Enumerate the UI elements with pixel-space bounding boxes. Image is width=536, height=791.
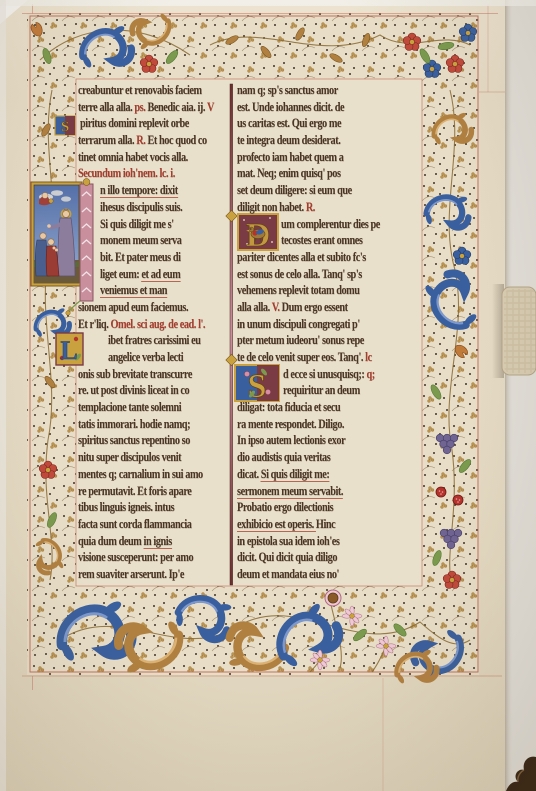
body-text: liget eum: xyxy=(100,267,141,281)
text-column-right: nam q; sp's sanctus amorest. Unde iohann… xyxy=(237,82,423,583)
text-line: alla alla. V. Dum ergo essent xyxy=(237,299,393,316)
body-text: deum et mandata eius no' xyxy=(237,567,339,581)
body-text: requiritur an deum xyxy=(283,383,360,397)
body-text: re. ut post divinis liceat in co xyxy=(78,383,189,397)
body-text: us caritas est. Qui ergo me xyxy=(237,116,341,130)
body-text: vehemens replevit totam domu xyxy=(237,283,360,297)
text-line: angelice verba lecti xyxy=(108,349,205,366)
body-text: Benedic aia. ij. xyxy=(147,100,207,114)
text-line: nitu super discipulos venit xyxy=(78,449,201,466)
text-line: Probatio ergo dilectionis xyxy=(237,499,393,516)
text-line: rem suaviter arserunt. Ip'e xyxy=(78,566,201,583)
body-text: Et r'liq. xyxy=(78,317,110,331)
miniature-christ-teaching-disciples xyxy=(31,182,82,286)
body-text: angelice verba lecti xyxy=(108,350,183,364)
bookmark-tab xyxy=(502,287,536,375)
body-text: tinet omnia habet vocis alla. xyxy=(78,150,188,164)
text-line: te de celo venit super eos. Tanq'. lc xyxy=(237,349,393,366)
svg-text:S: S xyxy=(61,119,69,135)
text-line: exhibicio est operis. Hinc xyxy=(237,516,393,533)
body-text: dio audistis quia veritas xyxy=(237,450,330,464)
rubric-text: V. xyxy=(272,300,282,314)
body-text: visione susceperunt: per amo xyxy=(78,550,193,564)
body-text: mat. Neq; enim quisq' pos xyxy=(237,166,341,180)
text-line: spiritus sanctus repentino so xyxy=(78,432,201,449)
text-line: Secundum ioh'nem. lc. i. xyxy=(78,165,201,182)
text-line: ibet fratres carissimi eu xyxy=(108,332,205,349)
body-text: Si quis diligit me s' xyxy=(100,217,174,231)
rubric-text: lc xyxy=(365,350,372,364)
text-line: dio audistis quia veritas xyxy=(237,449,393,466)
body-text: In ipso autem lectionis exor xyxy=(237,433,345,447)
text-line: templacione tante solemni xyxy=(78,399,201,416)
body-text: d ecce si unusquisq;: xyxy=(283,367,366,381)
text-line: vehemens replevit totam domu xyxy=(237,282,393,299)
text-line: re permutavit. Et foris apare xyxy=(78,483,201,500)
text-line: facta sunt corda flammancia xyxy=(78,516,201,533)
text-line: profecto iam habet quem a xyxy=(237,149,393,166)
text-line: quia dum deum in ignis xyxy=(78,533,201,550)
text-line: re. ut post divinis liceat in co xyxy=(78,382,201,399)
body-text: est. Unde iohannes dicit. de xyxy=(237,100,344,114)
text-line: visione susceperunt: per amo xyxy=(78,549,201,566)
body-text: pter metum iudeoru' sonus repe xyxy=(237,333,364,347)
body-text: sermonem meum servabit. xyxy=(237,484,343,499)
body-text: Et hoc quod co xyxy=(147,133,206,147)
body-text: creabuntur et renovabis faciem xyxy=(78,83,202,97)
body-text: in ignis xyxy=(144,534,172,549)
text-line: monem meum serva xyxy=(100,232,204,249)
body-text: ibet fratres carissimi eu xyxy=(108,333,201,347)
body-text: templacione tante solemni xyxy=(78,400,181,414)
text-line: liget eum: et ad eum xyxy=(100,266,204,283)
text-line: Et r'liq. Omel. sci aug. de ead. l'. xyxy=(78,316,201,333)
body-text: te de celo venit super eos. Tanq'. xyxy=(237,350,365,364)
rubric-text: R. xyxy=(306,200,315,214)
text-line: diligit non habet. R. xyxy=(237,199,393,216)
text-line: mat. Neq; enim quisq' pos xyxy=(237,165,393,182)
body-text: tatis immorari. hodie namq; xyxy=(78,417,190,431)
text-line: tibus linguis igneis. intus xyxy=(78,499,201,516)
text-line: Si quis diligit me s' xyxy=(100,216,204,233)
text-line: onis sub brevitate transcurre xyxy=(78,366,201,383)
text-line: tatis immorari. hodie namq; xyxy=(78,416,201,433)
body-text: facta sunt corda flammancia xyxy=(78,517,191,531)
initial-s-spiritus: S xyxy=(55,116,75,135)
body-text: set deum diligere: si eum que xyxy=(237,183,352,197)
body-text: onis sub brevitate transcurre xyxy=(78,367,192,381)
text-line: bit. Et pater meus di xyxy=(100,249,204,266)
body-text: diligit non habet. xyxy=(237,200,306,214)
rubric-text: V xyxy=(207,100,214,114)
text-line: requiritur an deum xyxy=(283,382,401,399)
body-text: profecto iam habet quem a xyxy=(237,150,343,164)
body-text: Probatio ergo dilectionis xyxy=(237,500,333,514)
body-text: re permutavit. Et foris apare xyxy=(78,484,191,498)
body-text: spiritus sanctus repentino so xyxy=(78,433,190,447)
text-line: nam q; sp's sanctus amor xyxy=(237,82,393,99)
body-text: et ad eum xyxy=(141,267,180,282)
svg-text:L: L xyxy=(60,336,77,365)
body-text: um complerentur dies pe xyxy=(281,217,380,231)
text-line: ihesus discipulis suis. xyxy=(100,199,204,216)
text-line: dicit. Qui dicit quia diligo xyxy=(237,549,393,566)
body-text: bit. Et pater meus di xyxy=(100,250,181,264)
text-line: in unum discipuli congregati p' xyxy=(237,316,393,333)
text-column-left: creabuntur et renovabis faciemterre alla… xyxy=(78,82,224,583)
body-text: terrarum alla. xyxy=(78,133,136,147)
body-text: pariter dicentes alla et subito fc's xyxy=(237,250,366,264)
text-line: est sonus de celo alla. Tanq' sp's xyxy=(237,266,393,283)
body-text: est sonus de celo alla. Tanq' sp's xyxy=(237,267,362,281)
text-line: in epistola sua idem ioh'es xyxy=(237,533,393,550)
body-text: piritus domini replevit orbe xyxy=(80,116,189,130)
body-text: in epistola sua idem ioh'es xyxy=(237,534,339,548)
text-line: deum et mandata eius no' xyxy=(237,566,393,583)
body-text: diligat: tota fiducia et secu xyxy=(237,400,340,414)
text-line: In ipso autem lectionis exor xyxy=(237,432,393,449)
rubric-text: Omel. sci aug. de ead. l'. xyxy=(110,317,205,331)
text-line: pariter dicentes alla et subito fc's xyxy=(237,249,393,266)
text-line: terrarum alla. R. Et hoc quod co xyxy=(78,132,201,149)
body-text: n illo tempore: dixit xyxy=(100,183,178,198)
text-line: terre alla alla. ps. Benedic aia. ij. V xyxy=(78,99,201,116)
text-line: veniemus et man xyxy=(100,282,204,299)
text-line: diligat: tota fiducia et secu xyxy=(237,399,393,416)
body-text: terre alla alla. xyxy=(78,100,134,114)
body-text: tecostes erant omnes xyxy=(281,233,362,247)
text-line: sionem apud eum faciemus. xyxy=(78,299,201,316)
body-text: dicat. xyxy=(237,467,261,481)
text-line: us caritas est. Qui ergo me xyxy=(237,115,393,132)
text-line: tinet omnia habet vocis alla. xyxy=(78,149,201,166)
body-text: ihesus discipulis suis. xyxy=(100,200,182,214)
text-line: piritus domini replevit orbe xyxy=(80,115,201,132)
text-line: creabuntur et renovabis faciem xyxy=(78,82,201,99)
text-line: n illo tempore: dixit xyxy=(100,182,204,199)
body-text: in unum discipuli congregati p' xyxy=(237,317,360,331)
body-text: alla alla. xyxy=(237,300,272,314)
body-text: nitu super discipulos venit xyxy=(78,450,181,464)
body-text: tibus linguis igneis. intus xyxy=(78,500,174,514)
body-text: mentes q; carnalium in sui amo xyxy=(78,467,203,481)
body-text: ra mente respondet. Diligo. xyxy=(237,417,344,431)
rubric-text: ps. xyxy=(134,100,147,114)
text-line: sermonem meum servabit. xyxy=(237,483,393,500)
body-text: veniemus et man xyxy=(100,283,167,298)
body-text: exhibicio est operis. xyxy=(237,517,316,532)
text-line: um complerentur dies pe xyxy=(281,216,400,233)
body-text: rem suaviter arserunt. Ip'e xyxy=(78,567,184,581)
body-text: nam q; sp's sanctus amor xyxy=(237,83,338,97)
body-text: te integra deum desiderat. xyxy=(237,133,340,147)
body-text: quia dum deum xyxy=(78,534,144,548)
text-line: est. Unde iohannes dicit. de xyxy=(237,99,393,116)
text-line: set deum diligere: si eum que xyxy=(237,182,393,199)
text-line: ra mente respondet. Diligo. xyxy=(237,416,393,433)
text-line: pter metum iudeoru' sonus repe xyxy=(237,332,393,349)
text-line: tecostes erant omnes xyxy=(281,232,400,249)
body-text: sionem apud eum faciemus. xyxy=(78,300,188,314)
rubric-text: R. xyxy=(136,133,147,147)
body-text: Hinc xyxy=(316,517,335,531)
body-text: Dum ergo essent xyxy=(282,300,348,314)
rubric-text: q; xyxy=(366,367,374,381)
body-text: Si quis diligit me: xyxy=(261,467,330,482)
text-line: mentes q; carnalium in sui amo xyxy=(78,466,201,483)
body-text: dicit. Qui dicit quia diligo xyxy=(237,550,337,564)
manuscript-photo: I S L D xyxy=(0,0,536,791)
body-text: monem meum serva xyxy=(100,233,181,247)
rubric-text: Secundum ioh'nem. lc. i. xyxy=(78,166,175,180)
text-line: dicat. Si quis diligit me: xyxy=(237,466,393,483)
text-line: d ecce si unusquisq;: q; xyxy=(283,366,401,383)
text-line: te integra deum desiderat. xyxy=(237,132,393,149)
